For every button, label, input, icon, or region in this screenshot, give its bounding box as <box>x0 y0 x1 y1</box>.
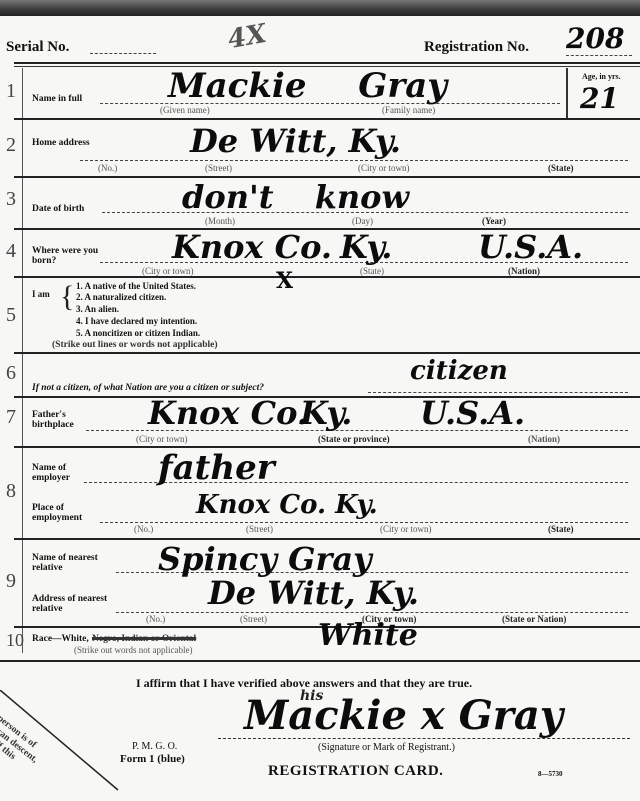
home-address-value: De Witt, Ky. <box>190 122 401 160</box>
caption: (State) <box>360 266 384 276</box>
age-divider <box>566 68 568 118</box>
registration-label: Registration No. <box>424 39 529 56</box>
relative-address-value: De Witt, Ky. <box>208 574 419 612</box>
registration-value: 208 <box>566 22 624 55</box>
relative-address-label: Address of nearest relative <box>32 594 112 614</box>
divider <box>14 118 640 120</box>
divider <box>14 446 640 448</box>
serial-field <box>90 53 156 54</box>
divider <box>14 276 640 278</box>
divider <box>14 352 640 354</box>
row-number: 3 <box>6 188 16 211</box>
father-birthplace-label: Father's birthplace <box>32 410 92 430</box>
serial-label: Serial No. <box>6 39 69 56</box>
card-title: REGISTRATION CARD. <box>268 763 443 780</box>
birthplace-nation: U.S.A. <box>478 228 583 266</box>
caption: (City or town) <box>142 266 194 276</box>
row-number: 7 <box>6 406 16 429</box>
citizenship-option: 4. I have declared my intention. <box>76 316 197 327</box>
employer-value: father <box>158 448 275 488</box>
caption: (Street) <box>240 614 267 624</box>
caption: (City or town) <box>380 524 432 534</box>
caption: (No.) <box>146 614 165 624</box>
signature-line <box>218 738 630 739</box>
birthplace-city: Knox Co. <box>172 228 332 266</box>
citizenship-option: 5. A noncitizen or citizen Indian. <box>76 328 200 339</box>
nearest-relative-label: Name of nearest relative <box>32 553 112 573</box>
home-address-label: Home address <box>32 138 92 148</box>
form-code: 8—5730 <box>538 770 563 778</box>
birthplace-label: Where were you born? <box>32 246 102 266</box>
brace: { <box>60 280 74 314</box>
given-name-caption: (Given name) <box>160 105 210 115</box>
age-label: Age, in yrs. <box>582 72 621 82</box>
age-value: 21 <box>580 82 619 115</box>
caption: (State) <box>548 163 574 173</box>
place-of-employment-label: Place of employment <box>32 503 102 523</box>
dob-value: don't know <box>182 178 409 216</box>
signature-caption: (Signature or Mark of Registrant.) <box>318 742 455 753</box>
row-number: 6 <box>6 362 16 385</box>
registration-field <box>566 55 632 56</box>
caption: (Month) <box>205 216 235 226</box>
row-number: 5 <box>6 304 16 327</box>
caption: (Nation) <box>528 434 560 444</box>
nation-field <box>368 392 628 393</box>
race-struck-options: Negro, Indian or Oriental <box>92 634 196 644</box>
nation-question: If not a citizen, of what Nation are you… <box>32 383 264 393</box>
row-number: 1 <box>6 80 16 103</box>
row-number: 10 <box>6 630 24 651</box>
race-value: White <box>318 618 418 653</box>
caption: (Nation) <box>508 266 540 276</box>
row-number-rule <box>22 68 23 653</box>
relative-address-field <box>116 612 628 613</box>
father-birthplace-city: Knox Co. <box>148 394 308 432</box>
divider <box>0 660 640 662</box>
caption: (State or Nation) <box>502 614 566 624</box>
caption: (No.) <box>98 163 117 173</box>
citizenship-option: 1. A native of the United States. <box>76 281 196 292</box>
family-name-caption: (Family name) <box>382 105 435 115</box>
caption: (Day) <box>352 216 373 226</box>
divider <box>14 62 640 64</box>
citizenship-option: 2. A naturalized citizen. <box>76 292 166 303</box>
scan-top-edge <box>0 0 640 16</box>
caption: (Year) <box>482 216 506 226</box>
row-number: 9 <box>6 570 16 593</box>
caption: (Street) <box>246 524 273 534</box>
race-label: Race—White, <box>32 634 89 644</box>
caption: (No.) <box>134 524 153 534</box>
father-birthplace-state: Ky. <box>300 394 352 432</box>
signature: Mackie x Gray <box>244 692 563 739</box>
row-number: 2 <box>6 134 16 157</box>
caption: (State or province) <box>318 434 390 444</box>
i-am-label: I am <box>32 289 50 300</box>
home-address-field <box>80 160 628 161</box>
place-of-employment-field <box>100 522 628 523</box>
caption: (State) <box>548 524 574 534</box>
citizenship-mark: X <box>276 268 293 294</box>
nearest-relative-value: Spincy Gray <box>158 540 372 578</box>
caption: (City or town) <box>136 434 188 444</box>
nation-value: citizen <box>410 356 508 386</box>
father-birthplace-nation: U.S.A. <box>420 394 525 432</box>
caption: (Street) <box>205 163 232 173</box>
place-of-employment-value: Knox Co. Ky. <box>196 490 378 520</box>
name-value: Mackie Gray <box>168 66 447 106</box>
dob-label: Date of birth <box>32 204 84 214</box>
race-note: (Strike out words not applicable) <box>74 645 192 655</box>
citizenship-option: 3. An alien. <box>76 304 119 315</box>
name-label: Name in full <box>32 94 82 104</box>
row-number: 4 <box>6 240 16 263</box>
strike-note: (Strike out lines or words not applicabl… <box>52 340 218 350</box>
employer-label: Name of employer <box>32 463 92 483</box>
caption: (City or town) <box>358 163 410 173</box>
row-number: 8 <box>6 480 16 503</box>
birthplace-state: Ky. <box>340 228 392 266</box>
